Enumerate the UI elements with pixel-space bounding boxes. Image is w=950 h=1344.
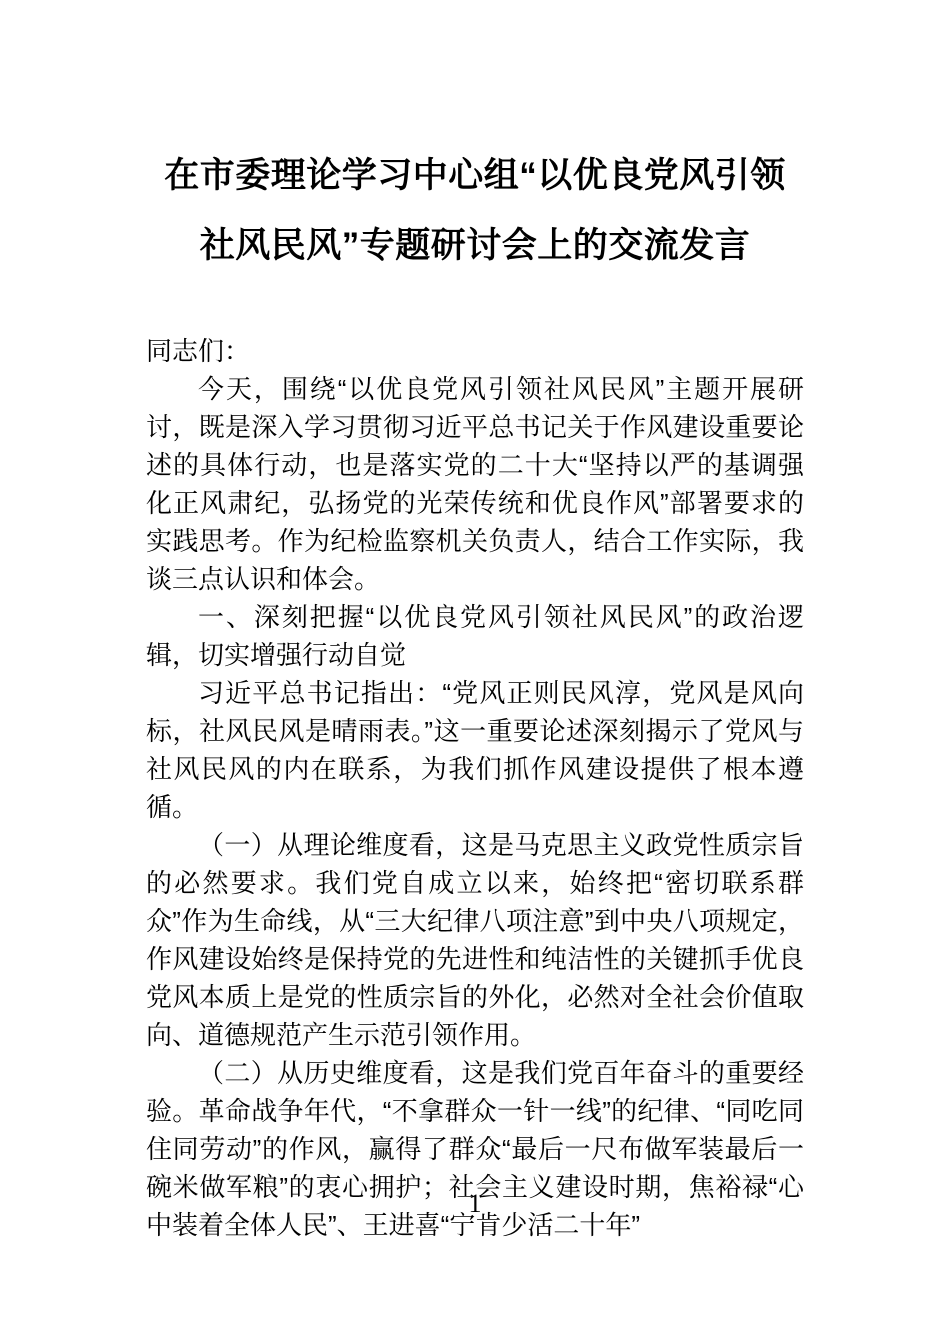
- document-title-line-2: 社风民风”专题研讨会上的交流发言: [110, 211, 840, 281]
- salutation: 同志们：: [146, 332, 804, 370]
- document-title: 在市委理论学习中心组“以优良党风引领 社风民风”专题研讨会上的交流发言: [110, 141, 840, 281]
- document-title-line-1: 在市委理论学习中心组“以优良党风引领: [110, 141, 840, 211]
- document-body: 同志们： 今天，围绕“以优良党风引领社风民风”主题开展研讨，既是深入学习贯彻习近…: [146, 332, 804, 1244]
- document-page: 在市委理论学习中心组“以优良党风引领 社风民风”专题研讨会上的交流发言 同志们：…: [0, 0, 950, 1344]
- section-heading-1: 一、深刻把握“以优良党风引领社风民风”的政治逻辑，切实增强行动自觉: [146, 598, 804, 674]
- body-paragraph-intro: 今天，围绕“以优良党风引领社风民风”主题开展研讨，既是深入学习贯彻习近平总书记关…: [146, 370, 804, 598]
- page-number: 1: [469, 1189, 482, 1218]
- page-footer: 1: [0, 1190, 950, 1218]
- body-paragraph-quote: 习近平总书记指出：“党风正则民风淳，党风是风向标，社风民风是晴雨表。”这一重要论…: [146, 674, 804, 826]
- body-paragraph-theory: （一）从理论维度看，这是马克思主义政党性质宗旨的必然要求。我们党自成立以来，始终…: [146, 826, 804, 1054]
